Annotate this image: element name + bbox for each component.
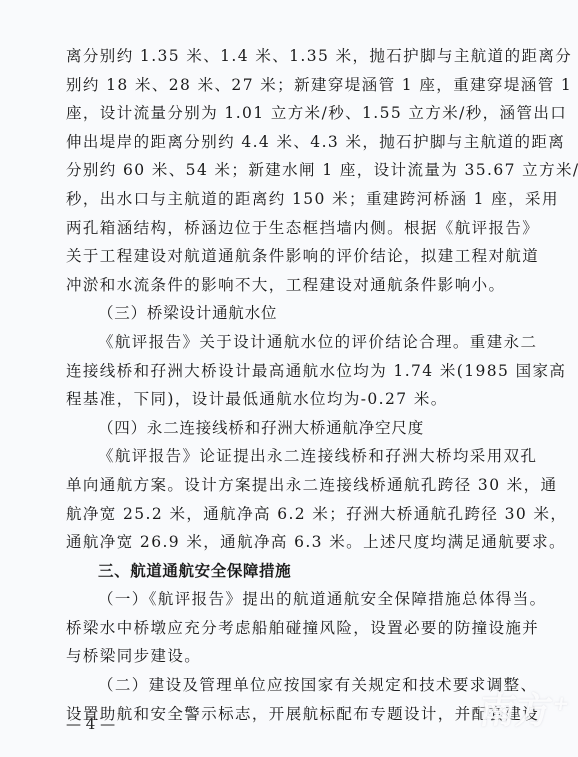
paragraph-line: 两孔箱涵结构，桥涵边位于生态框挡墙内侧。根据《航评报告》: [66, 214, 518, 243]
paragraph-line: （一）《航评报告》提出的航道通航安全保障措施总体得当。: [66, 585, 518, 614]
paragraph-line: 分别约 60 米、54 米；新建水闸 1 座，设计流量为 35.67 立方米/: [66, 156, 518, 185]
paragraph-line: 关于工程建设对航道通航条件影响的评价结论，拟建工程对航道: [66, 242, 518, 271]
watermark-logo: 南方+: [476, 683, 572, 734]
section-heading-3: 三、航道通航安全保障措施: [66, 557, 518, 586]
page-number: — 4 —: [66, 715, 115, 733]
paragraph-line: 冲淤和水流条件的影响不大，工程建设对通航条件影响小。: [66, 271, 518, 300]
paragraph-line: 座，设计流量分别为 1.01 立方米/秒、1.55 立方米/秒，涵管出口: [66, 99, 518, 128]
paragraph-line: 别约 18 米、28 米、27 米；新建穿堤涵管 1 座，重建穿堤涵管 1: [66, 71, 518, 100]
paragraph-line: 《航评报告》关于设计通航水位的评价结论合理。重建永二: [66, 328, 518, 357]
paragraph-line: 连接线桥和孖洲大桥设计最高通航水位均为 1.74 米(1985 国家高: [66, 357, 518, 386]
watermark-text: 南方: [477, 691, 555, 732]
paragraph-line: 程基准，下同)，设计最低通航水位均为-0.27 米。: [66, 385, 518, 414]
paragraph-line: 通航净宽 26.9 米，通航净高 6.3 米。上述尺度均满足通航要求。: [66, 528, 518, 557]
paragraph-line: 桥梁水中桥墩应充分考虑船舶碰撞风险，设置必要的防撞设施并: [66, 614, 518, 643]
paragraph-line: 离分别约 1.35 米、1.4 米、1.35 米，抛石护脚与主航道的距离分: [66, 42, 518, 71]
document-body: 离分别约 1.35 米、1.4 米、1.35 米，抛石护脚与主航道的距离分 别约…: [66, 42, 518, 728]
paragraph-line: 伸出堤岸的距离分别约 4.4 米、4.3 米，抛石护脚与主航道的距离: [66, 128, 518, 157]
subsection-heading-3: （三）桥梁设计通航水位: [66, 299, 518, 328]
paragraph-line: （二）建设及管理单位应按国家有关规定和技术要求调整、: [66, 671, 518, 700]
watermark-plus: +: [551, 691, 571, 715]
paragraph-line: 秒，出水口与主航道的距离约 150 米；重建跨河桥涵 1 座，采用: [66, 185, 518, 214]
subsection-heading-4: （四）永二连接线桥和孖洲大桥通航净空尺度: [66, 414, 518, 443]
paragraph-line: 设置助航和安全警示标志，开展航标配布专题设计，并配套建设: [66, 700, 518, 729]
paragraph-line: 航净宽 25.2 米，通航净高 6.2 米；孖洲大桥通航孔跨径 30 米，: [66, 500, 518, 529]
paragraph-line: 《航评报告》论证提出永二连接线桥和孖洲大桥均采用双孔: [66, 442, 518, 471]
paragraph-line: 与桥梁同步建设。: [66, 642, 518, 671]
paragraph-line: 单向通航方案。设计方案提出永二连接线桥通航孔跨径 30 米，通: [66, 471, 518, 500]
